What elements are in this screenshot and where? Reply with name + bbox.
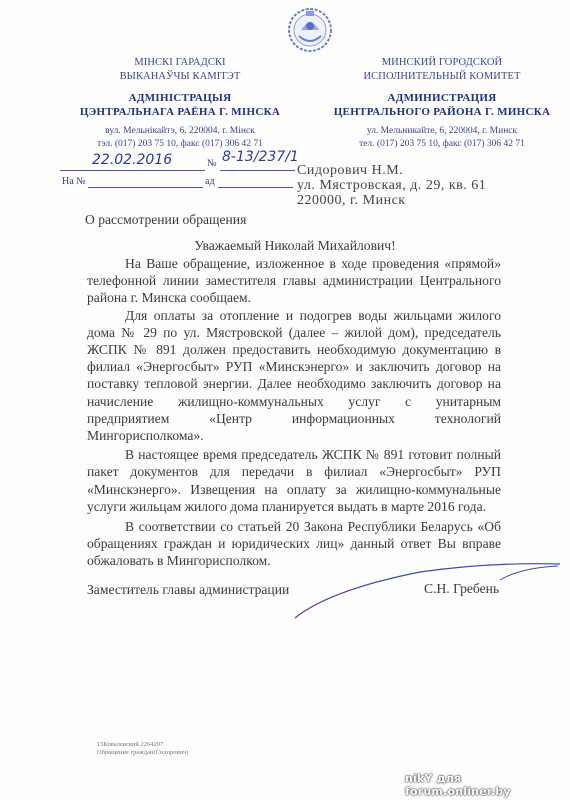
recipient-city: 220000, г. Минск: [297, 193, 486, 208]
paragraph: В настоящее время председатель ЖСПК № 89…: [87, 446, 501, 515]
ad-label: ад: [205, 176, 215, 187]
executor-note: 15Ковалевский 2264297 Обращение граждан(…: [97, 741, 188, 757]
org-line-1: МІНСКІ ГАРАДСКІ: [60, 56, 300, 70]
ref-label: На №: [62, 176, 86, 187]
ad-underline: [218, 187, 293, 188]
admin-line-1: АДМИНИСТРАЦИЯ: [322, 91, 562, 105]
address-line: ул. Мельникайте, 6, 220004, г. Минск: [322, 125, 562, 138]
letter-subject: О рассмотрении обращения: [85, 211, 246, 228]
admin-line-2: ЦЭНТРАЛЬНАГА РАЁНА Г. МІНСКА: [60, 105, 300, 119]
executor-line: 15Ковалевский 2264297: [97, 741, 188, 749]
admin-line-2: ЦЕНТРАЛЬНОГО РАЙОНА Г. МИНСКА: [322, 105, 562, 119]
org-line-2: ВЫКАНАЎЧЫ КАМІТЭТ: [60, 70, 300, 84]
address-line: вул. Мельнікайтэ, 6, 220004, г. Мінск: [60, 125, 300, 138]
org-line-2: ИСПОЛНИТЕЛЬНЫЙ КОМИТЕТ: [322, 70, 562, 84]
org-line-1: МИНСКИЙ ГОРОДСКОЙ: [322, 56, 562, 70]
belarus-coat-of-arms-icon: [287, 6, 333, 54]
recipient-name: Сидорович Н.М.: [297, 163, 486, 178]
handwritten-reg-number: 8-13/237/1: [222, 149, 299, 165]
signer-name: С.Н. Гребень: [424, 580, 499, 597]
admin-line-1: АДМІНІСТРАЦЫЯ: [60, 91, 300, 105]
number-underline: [220, 170, 295, 171]
paragraph: Для оплаты за отопление и подогрев воды …: [87, 307, 501, 445]
letterhead-russian: МИНСКИЙ ГОРОДСКОЙ ИСПОЛНИТЕЛЬНЫЙ КОМИТЕТ…: [322, 56, 562, 150]
recipient-address: Сидорович Н.М. ул. Мястровская, д. 29, к…: [297, 163, 486, 208]
letter-body: На Ваше обращение, изложенное в ходе про…: [87, 255, 501, 570]
phone-line: тел. (017) 203 75 10, факс (017) 306 42 …: [322, 138, 562, 151]
number-label: №: [207, 158, 217, 169]
letter-greeting: Уважаемый Николай Михайлович!: [0, 237, 570, 254]
handwritten-date: 22.02.2016: [92, 152, 172, 168]
date-underline: [60, 170, 205, 171]
recipient-street: ул. Мястровская, д. 29, кв. 61: [297, 178, 486, 193]
watermark: nikY для forum.onliner.by: [405, 772, 570, 798]
ref-underline: [88, 187, 203, 188]
letterhead-belarusian: МІНСКІ ГАРАДСКІ ВЫКАНАЎЧЫ КАМІТЭТ АДМІНІ…: [60, 56, 300, 150]
file-line: Обращение граждан(Сидорович): [97, 749, 188, 757]
letter-page: МІНСКІ ГАРАДСКІ ВЫКАНАЎЧЫ КАМІТЭТ АДМІНІ…: [0, 0, 570, 800]
paragraph: На Ваше обращение, изложенное в ходе про…: [87, 255, 501, 307]
signer-title: Заместитель главы администрации: [87, 581, 289, 598]
